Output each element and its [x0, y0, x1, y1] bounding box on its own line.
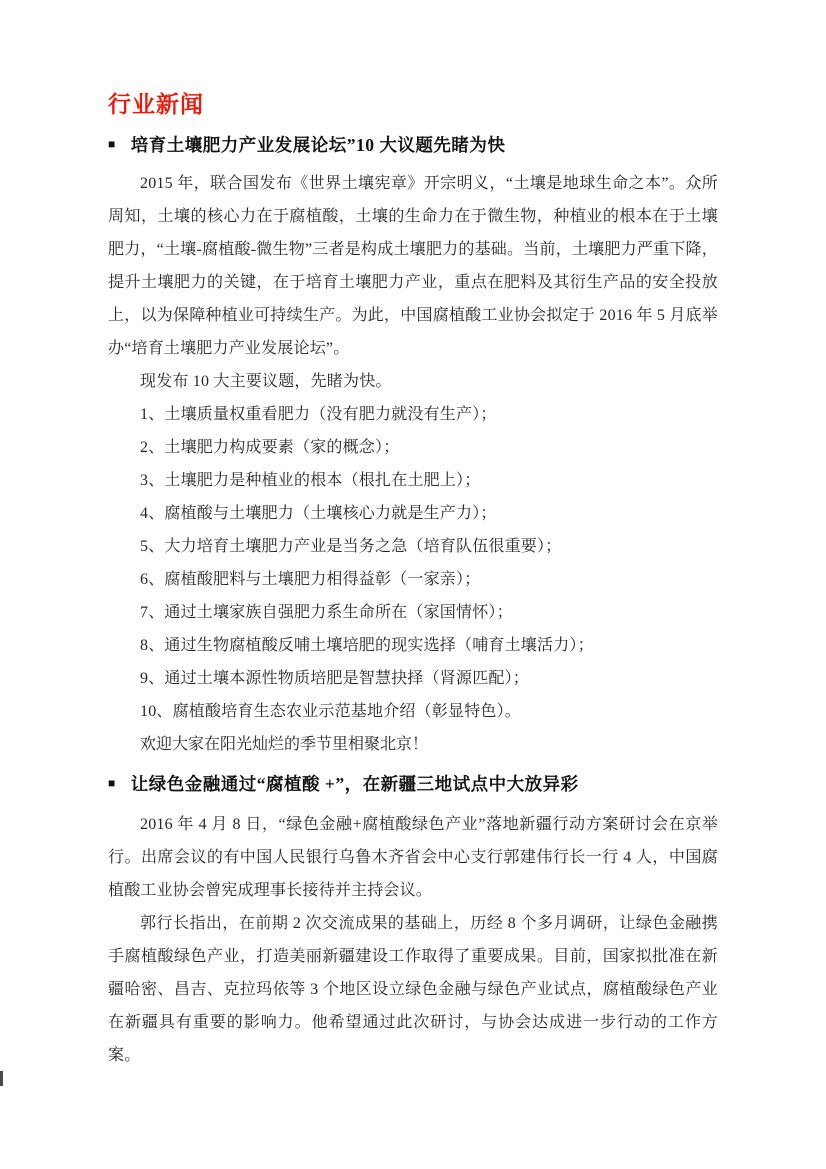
list-item: 4、腐植酸与土壤肥力（土壤核心力就是生产力）； — [108, 497, 718, 530]
list-item: 7、通过土壤家族自强肥力系生命所在（家国情怀）； — [108, 596, 718, 629]
page-edge-artifact — [0, 1071, 3, 1086]
list-item: 6、腐植酸肥料与土壤肥力相得益彰（一家亲）； — [108, 563, 718, 596]
article-green-finance: ■ 让绿色金融通过“腐植酸 +”，在新疆三地试点中大放异彩 2016 年 4 月… — [108, 772, 718, 1072]
page-title: 行业新闻 — [108, 91, 718, 118]
list-item: 9、通过土壤本源性物质培肥是智慧抉择（肾源匹配）； — [108, 662, 718, 695]
article-1-heading-text: 培育土壤肥力产业发展论坛”10 大议题先睹为快 — [131, 133, 506, 158]
list-item: 8、通过生物腐植酸反哺土壤培肥的现实选择（哺育土壤活力）； — [108, 629, 718, 662]
square-bullet-icon: ■ — [108, 771, 116, 796]
article-1-paragraph-2: 现发布 10 大主要议题，先睹为快。 — [108, 365, 718, 398]
list-item: 5、大力培育土壤肥力产业是当务之急（培育队伍很重要）； — [108, 530, 718, 563]
topic-list: 1、土壤质量权重看肥力（没有肥力就没有生产）； 2、土壤肥力构成要素（家的概念）… — [108, 398, 718, 728]
article-1-heading: ■ 培育土壤肥力产业发展论坛”10 大议题先睹为快 — [108, 133, 718, 158]
list-item: 10、腐植酸培育生态农业示范基地介绍（彰显特色）。 — [108, 695, 718, 728]
document-page: 行业新闻 ■ 培育土壤肥力产业发展论坛”10 大议题先睹为快 2015 年，联合… — [0, 0, 826, 1169]
square-bullet-icon: ■ — [108, 132, 116, 157]
list-item: 3、土壤肥力是种植业的根本（根扎在土肥上）； — [108, 464, 718, 497]
article-2-heading-text: 让绿色金融通过“腐植酸 +”，在新疆三地试点中大放异彩 — [131, 772, 579, 797]
article-1-closing-line: 欢迎大家在阳光灿烂的季节里相聚北京！ — [108, 728, 718, 761]
article-2-paragraph-2: 郭行长指出，在前期 2 次交流成果的基础上，历经 8 个多月调研，让绿色金融携手… — [108, 907, 718, 1072]
article-2-heading: ■ 让绿色金融通过“腐植酸 +”，在新疆三地试点中大放异彩 — [108, 772, 718, 797]
article-2-paragraph-1: 2016 年 4 月 8 日，“绿色金融+腐植酸绿色产业”落地新疆行动方案研讨会… — [108, 808, 718, 907]
article-1-paragraph-1: 2015 年，联合国发布《世界土壤宪章》开宗明义，“土壤是地球生命之本”。众所周… — [108, 167, 718, 365]
list-item: 1、土壤质量权重看肥力（没有肥力就没有生产）； — [108, 398, 718, 431]
list-item: 2、土壤肥力构成要素（家的概念）； — [108, 431, 718, 464]
article-forum-topics: ■ 培育土壤肥力产业发展论坛”10 大议题先睹为快 2015 年，联合国发布《世… — [108, 133, 718, 761]
